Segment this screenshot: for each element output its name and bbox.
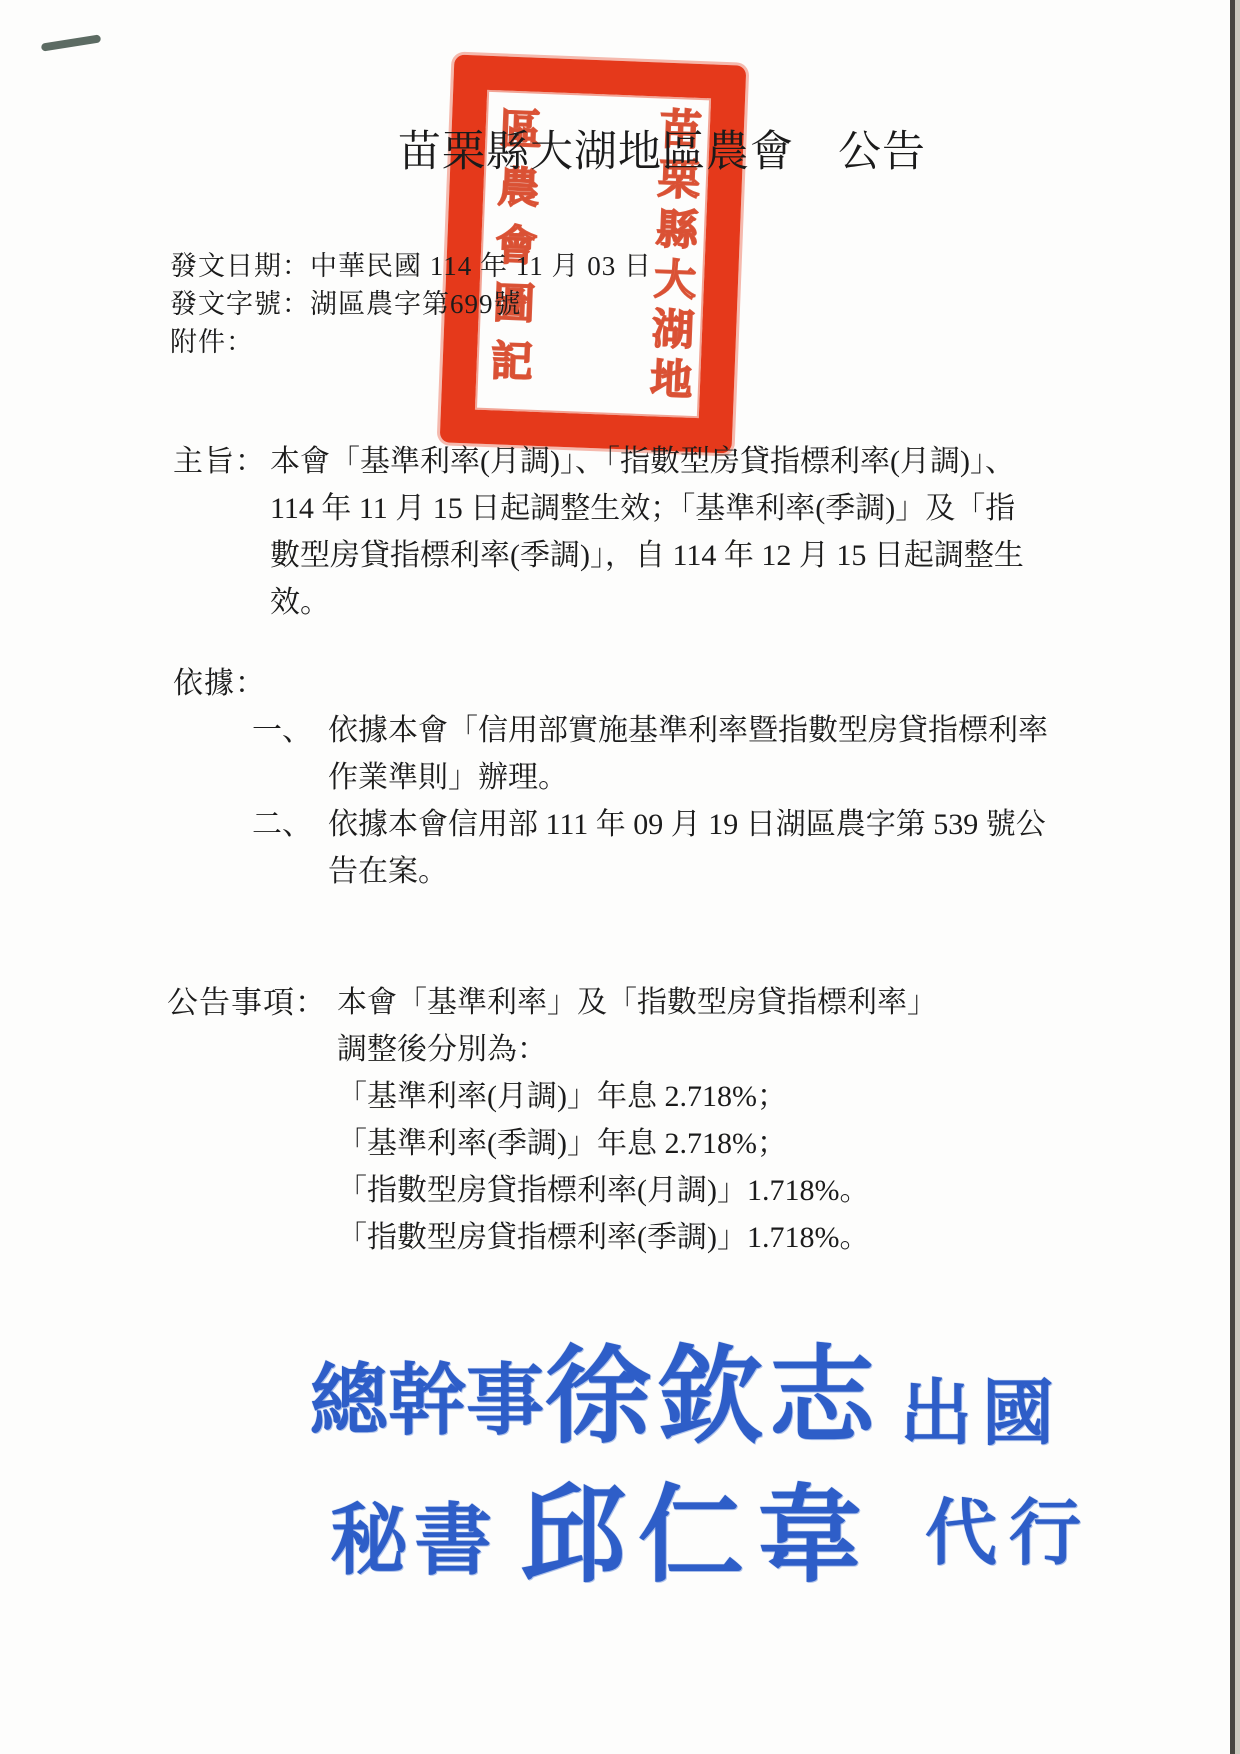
subject-line: 效。 — [270, 579, 1024, 626]
scanned-announcement-page: 苗栗縣大湖地 區農會圖記 苗栗縣大湖地區農會 公告 發文日期：中華民國 114 … — [0, 0, 1240, 1754]
general-manager-name-stamp: 徐欽志 — [545, 1345, 881, 1451]
basis-item-line: 依據本會「信用部實施基準利率暨指數型房貸指標利率 — [328, 707, 1048, 754]
doc-number-line: 發文字號：湖區農字第699號 — [170, 285, 652, 323]
abroad-note-stamp: 出國 — [900, 1378, 1064, 1450]
subject-section: 主旨： 本會「基準利率(月調)」、「指數型房貸指標利率(月調)」、 114 年 … — [173, 438, 1024, 626]
announcement-line: 「指數型房貸指標利率(季調)」1.718%。 — [337, 1214, 937, 1261]
scan-edge-band — [1235, 0, 1240, 1754]
acting-note-stamp: 代行 — [925, 1498, 1093, 1570]
meta-block: 發文日期：中華民國 114 年 11 月 03 日 發文字號：湖區農字第699號… — [170, 247, 652, 361]
announcement-line: 調整後分別為： — [337, 1026, 937, 1073]
secretary-name-stamp: 邱仁韋 — [520, 1484, 874, 1590]
announcement-label: 公告事項： — [167, 979, 327, 1026]
general-manager-title-stamp: 總幹事 — [310, 1362, 544, 1440]
subject-line: 數型房貸指標利率(季調)」，自 114 年 12 月 15 日起調整生 — [270, 532, 1024, 579]
announcement-line: 「基準利率(月調)」年息 2.718%； — [337, 1073, 937, 1120]
document-title: 苗栗縣大湖地區農會 公告 — [398, 118, 926, 179]
basis-label: 依據： — [173, 660, 1048, 707]
issue-date-line: 發文日期：中華民國 114 年 11 月 03 日 — [170, 247, 652, 285]
basis-item-1: 一、 依據本會「信用部實施基準利率暨指數型房貸指標利率 作業準則」辦理。 — [252, 707, 1048, 801]
basis-item-line: 告在案。 — [328, 848, 1046, 895]
basis-item-2: 二、 依據本會信用部 111 年 09 月 19 日湖區農字第 539 號公 告… — [252, 801, 1048, 895]
basis-item-line: 作業準則」辦理。 — [328, 754, 1048, 801]
secretary-title-stamp: 秘書 — [330, 1502, 498, 1580]
pen-mark-artifact — [41, 34, 102, 51]
basis-item-content: 依據本會信用部 111 年 09 月 19 日湖區農字第 539 號公 告在案。 — [328, 801, 1046, 895]
announcement-content: 本會「基準利率」及「指數型房貸指標利率」 調整後分別為： 「基準利率(月調)」年… — [337, 979, 937, 1261]
subject-label: 主旨： — [173, 438, 266, 485]
subject-line: 本會「基準利率(月調)」、「指數型房貸指標利率(月調)」、 — [270, 438, 1024, 485]
announcement-section: 公告事項： 本會「基準利率」及「指數型房貸指標利率」 調整後分別為： 「基準利率… — [167, 979, 937, 1261]
basis-section: 依據： 一、 依據本會「信用部實施基準利率暨指數型房貸指標利率 作業準則」辦理。… — [173, 660, 1048, 895]
basis-item-content: 依據本會「信用部實施基準利率暨指數型房貸指標利率 作業準則」辦理。 — [328, 707, 1048, 801]
subject-line: 114 年 11 月 15 日起調整生效；「基準利率(季調)」及「指 — [270, 485, 1024, 532]
scan-edge-line — [1230, 0, 1235, 1754]
basis-item-number: 一、 — [252, 707, 312, 801]
announcement-line: 「基準利率(季調)」年息 2.718%； — [337, 1120, 937, 1167]
subject-content: 本會「基準利率(月調)」、「指數型房貸指標利率(月調)」、 114 年 11 月… — [270, 438, 1024, 626]
announcement-line: 「指數型房貸指標利率(月調)」1.718%。 — [337, 1167, 937, 1214]
basis-item-number: 二、 — [252, 801, 312, 895]
attachment-line: 附件： — [170, 323, 652, 361]
announcement-line: 本會「基準利率」及「指數型房貸指標利率」 — [337, 979, 937, 1026]
basis-item-line: 依據本會信用部 111 年 09 月 19 日湖區農字第 539 號公 — [328, 801, 1046, 848]
